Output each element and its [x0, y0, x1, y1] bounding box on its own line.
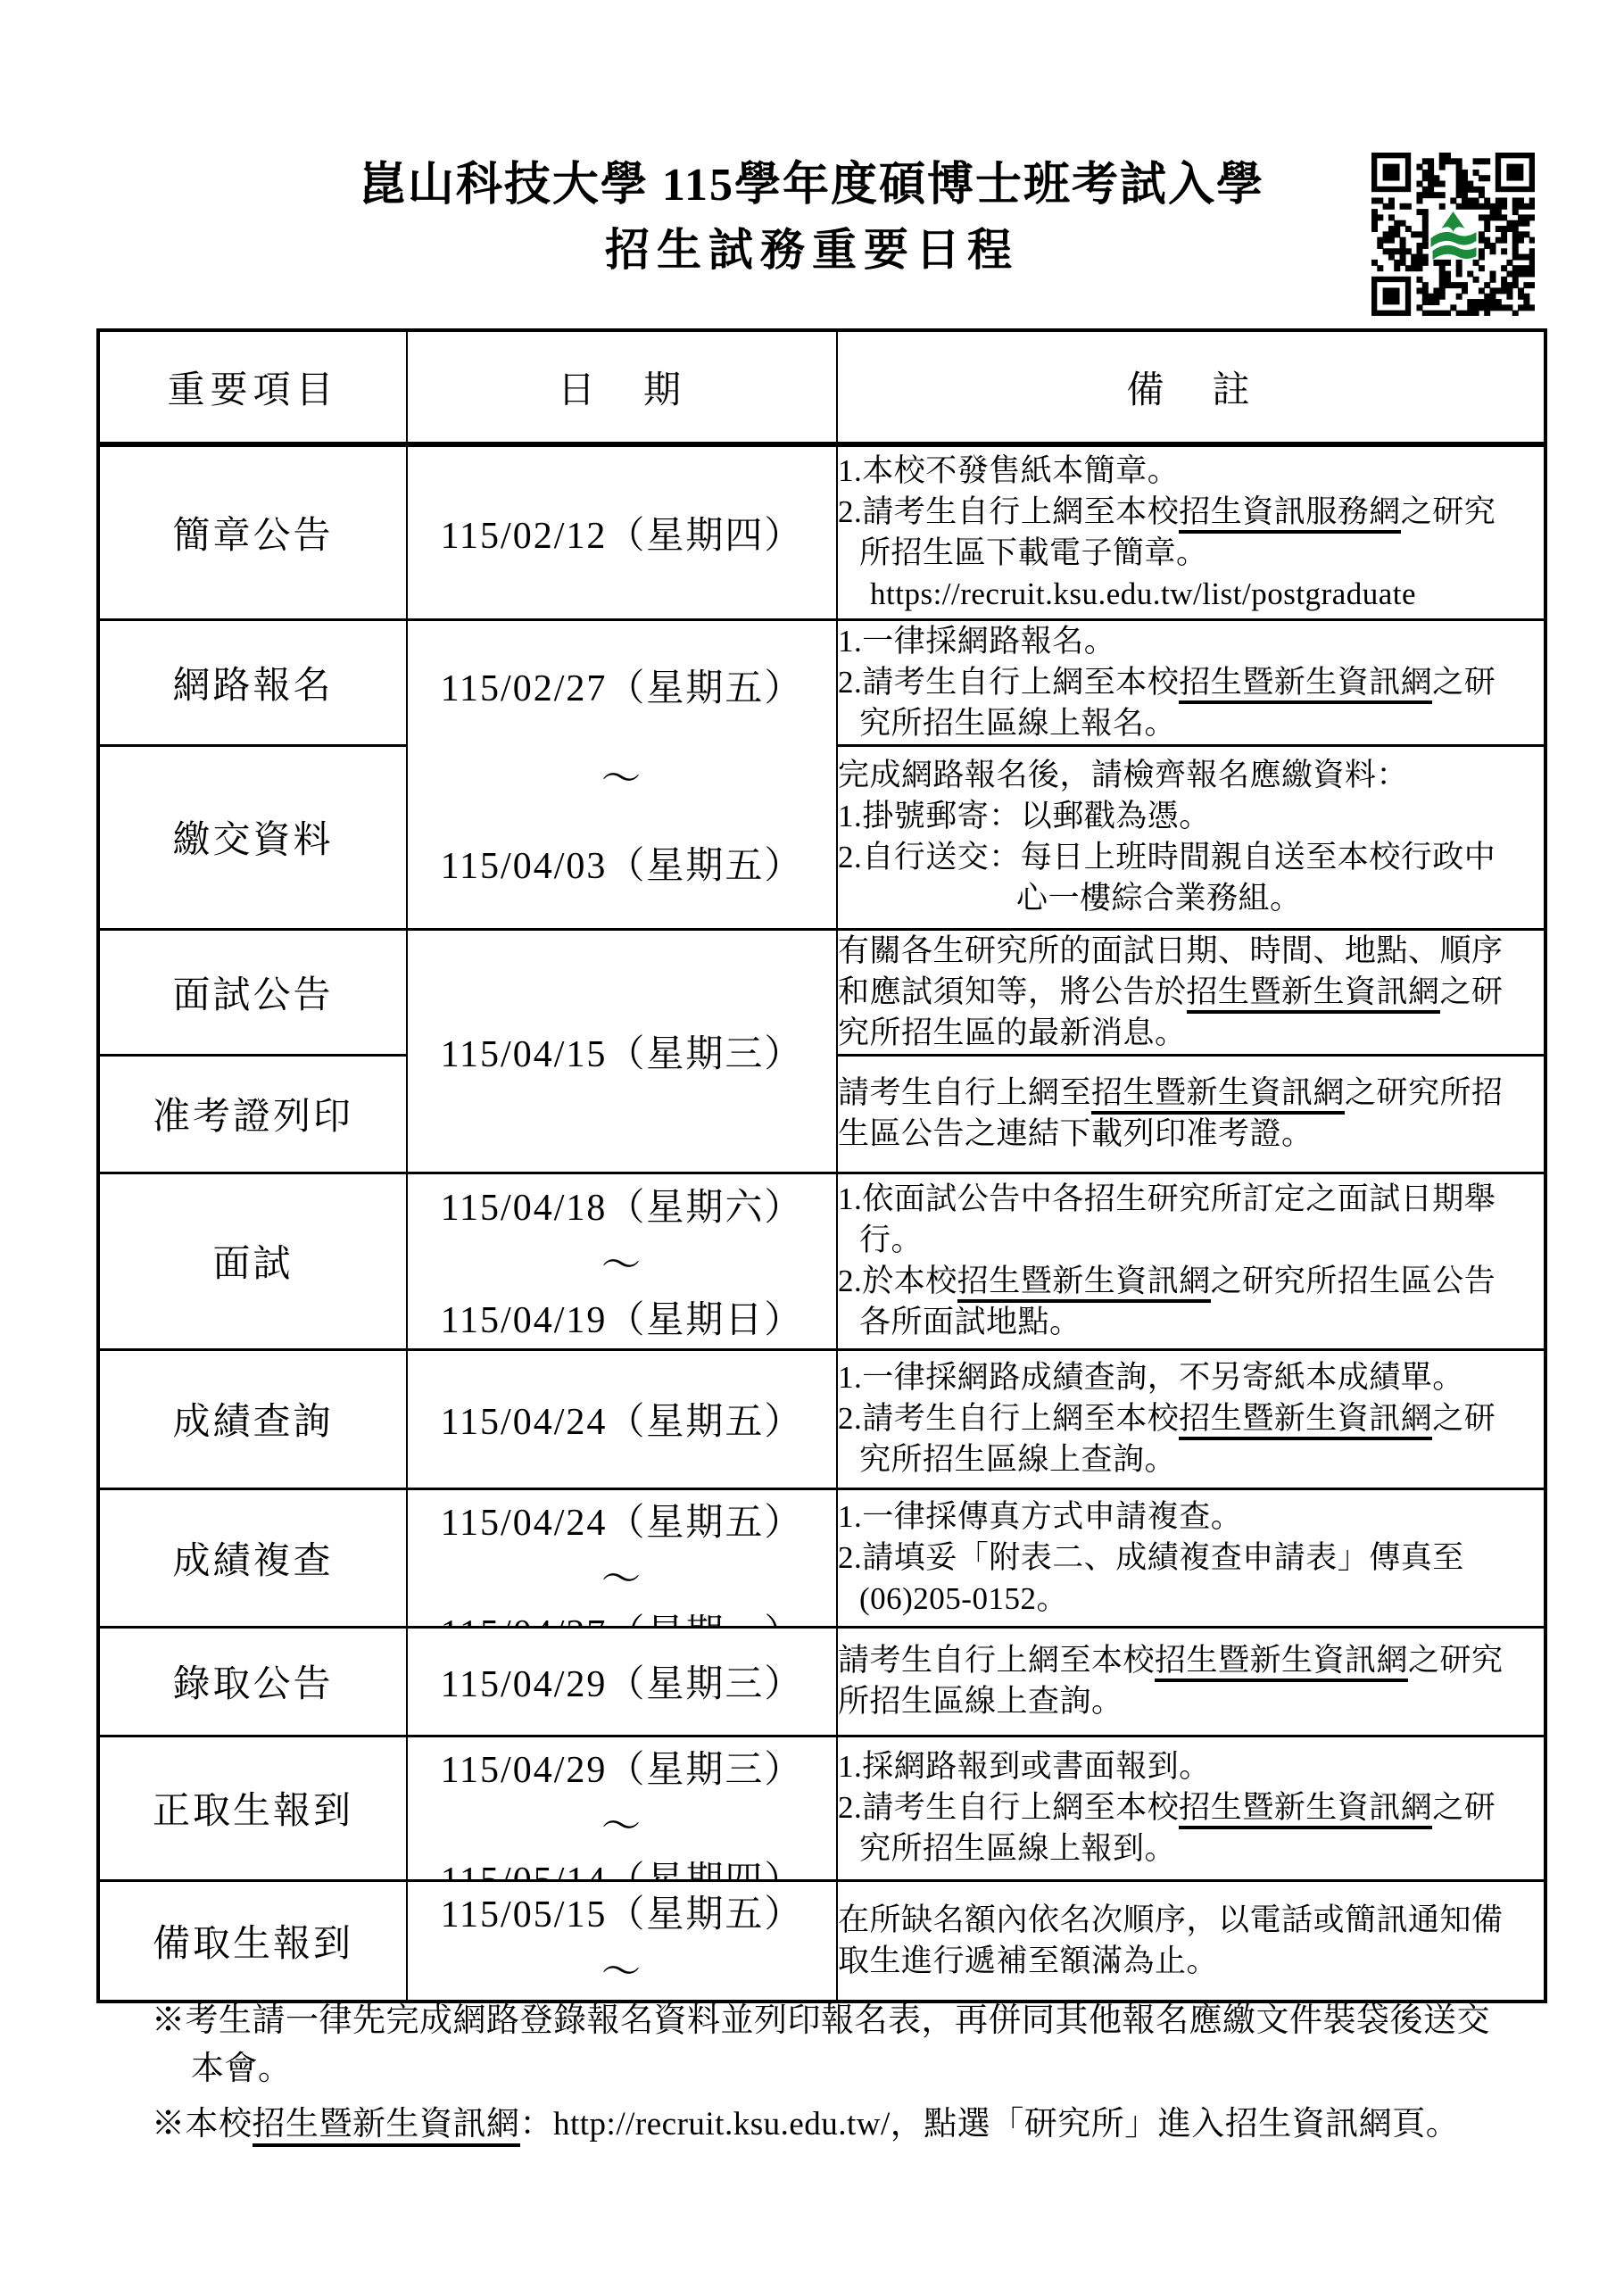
note-line: 2.請填妥「附表二、成績複查申請表」傳真至 — [838, 1538, 1544, 1579]
note-line: 所招生區線上查詢。 — [838, 1681, 1544, 1722]
text-segment: ※考生請一律先完成網路登錄報名資料並列印報名表，再併同其他報名應繳文件裝袋後送交 — [152, 2002, 1490, 2039]
note-cell: 有關各生研究所的面試日期、時間、地點、順序和應試須知等，將公告於招生暨新生資訊網… — [837, 929, 1545, 1055]
text-segment: 1.一律採網路報名。 — [838, 624, 1115, 659]
text-segment: 2.自行送交：每日上班時間親自送至本校行政中 — [838, 840, 1496, 874]
text-segment: https://recruit.ksu.edu.tw/list/postgrad… — [870, 576, 1416, 611]
text-segment: 之研 — [1432, 1401, 1496, 1436]
date-cell: 115/04/24（星期五）～115/04/27（星期一） — [407, 1488, 837, 1627]
date-cell: 115/05/15（星期五）～ — [407, 1880, 837, 2002]
note-line: 生區公告之連結下載列印准考證。 — [838, 1114, 1544, 1155]
note-line: 1.一律採傳真方式申請複查。 — [838, 1496, 1544, 1538]
item-cell: 成績查詢 — [98, 1349, 407, 1488]
table-row: 面試115/04/18（星期六）～115/04/19（星期日）1.依面試公告中各… — [98, 1173, 1545, 1349]
underlined-site-name: 招生暨新生資訊網 — [1091, 1075, 1345, 1115]
table-row: 簡章公告115/02/12（星期四）1.本校不發售紙本簡章。2.請考生自行上網至… — [98, 444, 1545, 619]
date-range-tilde: ～ — [601, 1939, 642, 1996]
text-segment: 在所缺名額內依名次順序，以電話或簡訊通知備 — [838, 1902, 1504, 1937]
text-segment: 之研 — [1432, 1790, 1496, 1825]
header-cell-2: 備 註 — [837, 330, 1545, 444]
item-cell: 准考證列印 — [98, 1055, 407, 1173]
date-line: 115/02/12（星期四） — [441, 506, 804, 559]
document-page: 崑山科技大學 115學年度碩博士班考試入學 招生試務重要日程 重要項目日 期備 … — [0, 0, 1624, 2296]
date-stack: 115/04/18（星期六）～115/04/19（星期日） — [408, 1177, 836, 1345]
date-cell: 115/04/24（星期五） — [407, 1349, 837, 1488]
text-segment: ※本校 — [152, 2106, 253, 2143]
text-segment: 1.掛號郵寄：以郵戳為憑。 — [838, 799, 1211, 833]
note-line: 2.請考生自行上網至本校招生資訊服務網之研究 — [838, 492, 1544, 533]
note-line: 2.請考生自行上網至本校招生暨新生資訊網之研 — [838, 1398, 1544, 1439]
text-segment: 之研 — [1432, 665, 1496, 700]
note-line: https://recruit.ksu.edu.tw/list/postgrad… — [838, 574, 1544, 615]
date-cell: 115/04/15（星期三） — [407, 929, 837, 1173]
text-segment: 完成網路報名後，請檢齊報名應繳資料： — [838, 758, 1408, 792]
text-segment: (06)205-0152。 — [859, 1581, 1068, 1616]
date-line: 115/04/24（星期五） — [441, 1392, 804, 1446]
note-line: 1.採網路報到或書面報到。 — [838, 1746, 1544, 1787]
text-segment: 2.請考生自行上網至本校 — [838, 1401, 1179, 1436]
item-cell: 備取生報到 — [98, 1880, 407, 2002]
note-line: 究所招生區線上查詢。 — [838, 1439, 1544, 1480]
text-segment: 所招生區線上查詢。 — [838, 1684, 1123, 1719]
date-line: 115/04/15（星期三） — [441, 1024, 804, 1078]
date-line: 115/04/18（星期六） — [441, 1178, 804, 1231]
table-row: 備取生報到115/05/15（星期五）～在所缺名額內依名次順序，以電話或簡訊通知… — [98, 1880, 1545, 2002]
date-stack: 115/02/27（星期五）～115/04/03（星期五） — [408, 626, 836, 924]
schedule-table: 重要項目日 期備 註簡章公告115/02/12（星期四）1.本校不發售紙本簡章。… — [96, 328, 1547, 2003]
underlined-site-name: 招生暨新生資訊網 — [1155, 1643, 1408, 1682]
date-stack: 115/04/24（星期五） — [408, 1354, 836, 1484]
note-line: 究所招生區的最新消息。 — [838, 1013, 1544, 1054]
schedule-table-body: 重要項目日 期備 註簡章公告115/02/12（星期四）1.本校不發售紙本簡章。… — [98, 330, 1545, 2002]
date-stack: 115/04/29（星期三） — [408, 1631, 836, 1731]
note-line: 完成網路報名後，請檢齊報名應繳資料： — [838, 755, 1544, 796]
text-segment: 2.請填妥「附表二、成績複查申請表」傳真至 — [838, 1540, 1464, 1575]
date-stack: 115/04/29（星期三）～115/05/14（星期四） — [408, 1740, 836, 1876]
footer-notes: ※考生請一律先完成網路登錄報名資料並列印報名表，再併同其他報名應繳文件裝袋後送交… — [152, 1997, 1526, 2156]
note-cell: 1.一律採傳真方式申請複查。2.請填妥「附表二、成績複查申請表」傳真至(06)2… — [837, 1488, 1545, 1627]
text-segment: 2.請考生自行上網至本校 — [838, 494, 1179, 529]
date-cell: 115/02/27（星期五）～115/04/03（星期五） — [407, 619, 837, 929]
date-line: 115/04/03（星期五） — [441, 836, 804, 890]
note-cell: 1.一律採網路報名。2.請考生自行上網至本校招生暨新生資訊網之研究所招生區線上報… — [837, 619, 1545, 745]
underlined-site-name: 招生暨新生資訊網 — [957, 1264, 1211, 1303]
text-segment: 1.一律採網路成績查詢，不另寄紙本成績單。 — [838, 1360, 1464, 1395]
date-line: 115/04/27（星期一） — [441, 1604, 804, 1627]
text-segment: 請考生自行上網至本校 — [838, 1643, 1155, 1678]
note-cell: 完成網路報名後，請檢齊報名應繳資料：1.掛號郵寄：以郵戳為憑。2.自行送交：每日… — [837, 745, 1545, 929]
date-line: 115/04/19（星期日） — [441, 1290, 804, 1344]
text-segment: 2.請考生自行上網至本校 — [838, 1790, 1179, 1825]
date-stack: 115/02/12（星期四） — [408, 450, 836, 616]
note-line: 1.依面試公告中各招生研究所訂定之面試日期舉 — [838, 1179, 1544, 1220]
date-cell: 115/04/18（星期六）～115/04/19（星期日） — [407, 1173, 837, 1349]
qr-code — [1371, 153, 1535, 316]
underlined-site-name: 招生暨新生資訊網 — [1179, 1401, 1432, 1440]
text-segment: 之研究 — [1408, 1643, 1504, 1678]
underlined-site-name: 招生暨新生資訊網 — [1179, 1790, 1432, 1829]
text-segment: 所招生區下載電子簡章。 — [859, 535, 1208, 570]
text-segment: 之研究 — [1401, 494, 1496, 529]
item-cell: 面試 — [98, 1173, 407, 1349]
text-segment: 心一樓綜合業務組。 — [1016, 881, 1302, 916]
underlined-site-name: 招生資訊服務網 — [1179, 494, 1401, 534]
note-line: 2.於本校招生暨新生資訊網之研究所招生區公告 — [838, 1261, 1544, 1302]
note-cell: 1.本校不發售紙本簡章。2.請考生自行上網至本校招生資訊服務網之研究所招生區下載… — [837, 444, 1545, 619]
note-line: 和應試須知等，將公告於招生暨新生資訊網之研 — [838, 972, 1544, 1013]
date-range-tilde: ～ — [601, 746, 642, 803]
note-cell: 1.採網路報到或書面報到。2.請考生自行上網至本校招生暨新生資訊網之研究所招生區… — [837, 1736, 1545, 1880]
note-line: 心一樓綜合業務組。 — [838, 878, 1544, 919]
text-segment: 究所招生區線上報名。 — [859, 706, 1176, 741]
note-cell: 在所缺名額內依名次順序，以電話或簡訊通知備取生進行遞補至額滿為止。 — [837, 1880, 1545, 2002]
table-row: 網路報名115/02/27（星期五）～115/04/03（星期五）1.一律採網路… — [98, 619, 1545, 745]
text-segment: 生區公告之連結下載列印准考證。 — [838, 1116, 1313, 1151]
date-cell: 115/04/29（星期三）～115/05/14（星期四） — [407, 1736, 837, 1880]
date-line: 115/02/27（星期五） — [441, 659, 804, 712]
text-segment: 之研 — [1440, 974, 1504, 1009]
item-cell: 錄取公告 — [98, 1627, 407, 1736]
footer-note: ※考生請一律先完成網路登錄報名資料並列印報名表，再併同其他報名應繳文件裝袋後送交… — [152, 1997, 1526, 2093]
date-line: 115/05/15（星期五） — [441, 1885, 804, 1938]
date-line: 115/04/29（星期三） — [441, 1740, 804, 1794]
note-line: 各所面試地點。 — [838, 1302, 1544, 1343]
table-row: 面試公告115/04/15（星期三）有關各生研究所的面試日期、時間、地點、順序和… — [98, 929, 1545, 1055]
note-line: 有關各生研究所的面試日期、時間、地點、順序 — [838, 931, 1544, 972]
text-segment: 1.本校不發售紙本簡章。 — [838, 453, 1179, 488]
date-stack: 115/05/15（星期五）～ — [408, 1885, 836, 1997]
note-line: 1.本校不發售紙本簡章。 — [838, 451, 1544, 492]
note-cell: 1.依面試公告中各招生研究所訂定之面試日期舉行。2.於本校招生暨新生資訊網之研究… — [837, 1173, 1545, 1349]
date-cell: 115/02/12（星期四） — [407, 444, 837, 619]
note-line: 2.請考生自行上網至本校招生暨新生資訊網之研 — [838, 662, 1544, 703]
footer-note: ※本校招生暨新生資訊網：http://recruit.ksu.edu.tw/，點… — [152, 2101, 1526, 2149]
note-line: 1.一律採網路成績查詢，不另寄紙本成績單。 — [838, 1357, 1544, 1398]
text-segment: 究所招生區線上查詢。 — [859, 1442, 1176, 1477]
note-line: 2.請考生自行上網至本校招生暨新生資訊網之研 — [838, 1787, 1544, 1828]
note-cell: 1.一律採網路成績查詢，不另寄紙本成績單。2.請考生自行上網至本校招生暨新生資訊… — [837, 1349, 1545, 1488]
text-segment: 究所招生區的最新消息。 — [838, 1015, 1187, 1050]
item-cell: 簡章公告 — [98, 444, 407, 619]
date-cell: 115/04/29（星期三） — [407, 1627, 837, 1736]
text-segment: 1.依面試公告中各招生研究所訂定之面試日期舉 — [838, 1181, 1496, 1216]
date-line: 115/04/24（星期五） — [441, 1493, 804, 1546]
date-line: 115/05/14（星期四） — [441, 1851, 804, 1880]
text-segment: 行。 — [859, 1223, 923, 1257]
note-line: 行。 — [838, 1220, 1544, 1261]
note-line: 取生進行遞補至額滿為止。 — [838, 1941, 1544, 1982]
footer-note-line: ※本校招生暨新生資訊網：http://recruit.ksu.edu.tw/，點… — [152, 2101, 1526, 2149]
text-segment: 1.一律採傳真方式申請複查。 — [838, 1499, 1242, 1534]
qr-code-svg — [1371, 153, 1535, 316]
date-stack: 115/04/15（星期三） — [408, 938, 836, 1165]
underlined-site-name: 招生暨新生資訊網 — [253, 2106, 520, 2147]
underlined-site-name: 招生暨新生資訊網 — [1179, 665, 1432, 704]
note-line: 請考生自行上網至本校招生暨新生資訊網之研究 — [838, 1640, 1544, 1681]
footer-note-line: 本會。 — [152, 2045, 1526, 2093]
text-segment: 各所面試地點。 — [859, 1305, 1081, 1339]
date-range-tilde: ～ — [601, 1794, 642, 1851]
note-line: 在所缺名額內依名次順序，以電話或簡訊通知備 — [838, 1900, 1544, 1941]
text-segment: 取生進行遞補至額滿為止。 — [838, 1944, 1218, 1978]
text-segment: 1.採網路報到或書面報到。 — [838, 1749, 1211, 1784]
note-line: 請考生自行上網至招生暨新生資訊網之研究所招 — [838, 1073, 1544, 1114]
table-header-row: 重要項目日 期備 註 — [98, 330, 1545, 444]
item-cell: 網路報名 — [98, 619, 407, 745]
underlined-site-name: 招生暨新生資訊網 — [1187, 974, 1440, 1014]
table-row: 成績查詢115/04/24（星期五）1.一律採網路成績查詢，不另寄紙本成績單。2… — [98, 1349, 1545, 1488]
date-stack: 115/04/24（星期五）～115/04/27（星期一） — [408, 1493, 836, 1622]
item-cell: 繳交資料 — [98, 745, 407, 929]
note-line: (06)205-0152。 — [838, 1579, 1544, 1620]
item-cell: 正取生報到 — [98, 1736, 407, 1880]
date-range-tilde: ～ — [601, 1546, 642, 1604]
text-segment: 究所招生區線上報到。 — [859, 1831, 1176, 1866]
item-cell: 面試公告 — [98, 929, 407, 1055]
text-segment: 2.於本校 — [838, 1264, 957, 1298]
text-segment: 有關各生研究所的面試日期、時間、地點、順序 — [838, 933, 1504, 968]
text-segment: 2.請考生自行上網至本校 — [838, 665, 1179, 700]
note-line: 究所招生區線上報名。 — [838, 703, 1544, 744]
text-segment: 請考生自行上網至 — [838, 1075, 1091, 1110]
date-range-tilde: ～ — [601, 1232, 642, 1289]
note-line: 1.一律採網路報名。 — [838, 621, 1544, 662]
date-line: 115/04/29（星期三） — [441, 1654, 804, 1708]
table-row: 正取生報到115/04/29（星期三）～115/05/14（星期四）1.採網路報… — [98, 1736, 1545, 1880]
text-segment: 之研究所招 — [1345, 1075, 1504, 1110]
note-cell: 請考生自行上網至招生暨新生資訊網之研究所招生區公告之連結下載列印准考證。 — [837, 1055, 1545, 1173]
text-segment: 之研究所招生區公告 — [1211, 1264, 1496, 1298]
note-line: 究所招生區線上報到。 — [838, 1828, 1544, 1869]
note-line: 1.掛號郵寄：以郵戳為憑。 — [838, 796, 1544, 837]
note-cell: 請考生自行上網至本校招生暨新生資訊網之研究所招生區線上查詢。 — [837, 1627, 1545, 1736]
table-row: 成績複查115/04/24（星期五）～115/04/27（星期一）1.一律採傳真… — [98, 1488, 1545, 1627]
note-line: 2.自行送交：每日上班時間親自送至本校行政中 — [838, 837, 1544, 878]
table-row: 錄取公告115/04/29（星期三）請考生自行上網至本校招生暨新生資訊網之研究所… — [98, 1627, 1545, 1736]
note-line: 所招生區下載電子簡章。 — [838, 533, 1544, 574]
header-cell-0: 重要項目 — [98, 330, 407, 444]
item-cell: 成績複查 — [98, 1488, 407, 1627]
text-segment: ：http://recruit.ksu.edu.tw/，點選「研究所」進入招生資… — [520, 2106, 1460, 2143]
text-segment: 本會。 — [191, 2051, 292, 2087]
text-segment: 和應試須知等，將公告於 — [838, 974, 1187, 1009]
header-cell-1: 日 期 — [407, 330, 837, 444]
footer-note-line: ※考生請一律先完成網路登錄報名資料並列印報名表，再併同其他報名應繳文件裝袋後送交 — [152, 1997, 1526, 2045]
